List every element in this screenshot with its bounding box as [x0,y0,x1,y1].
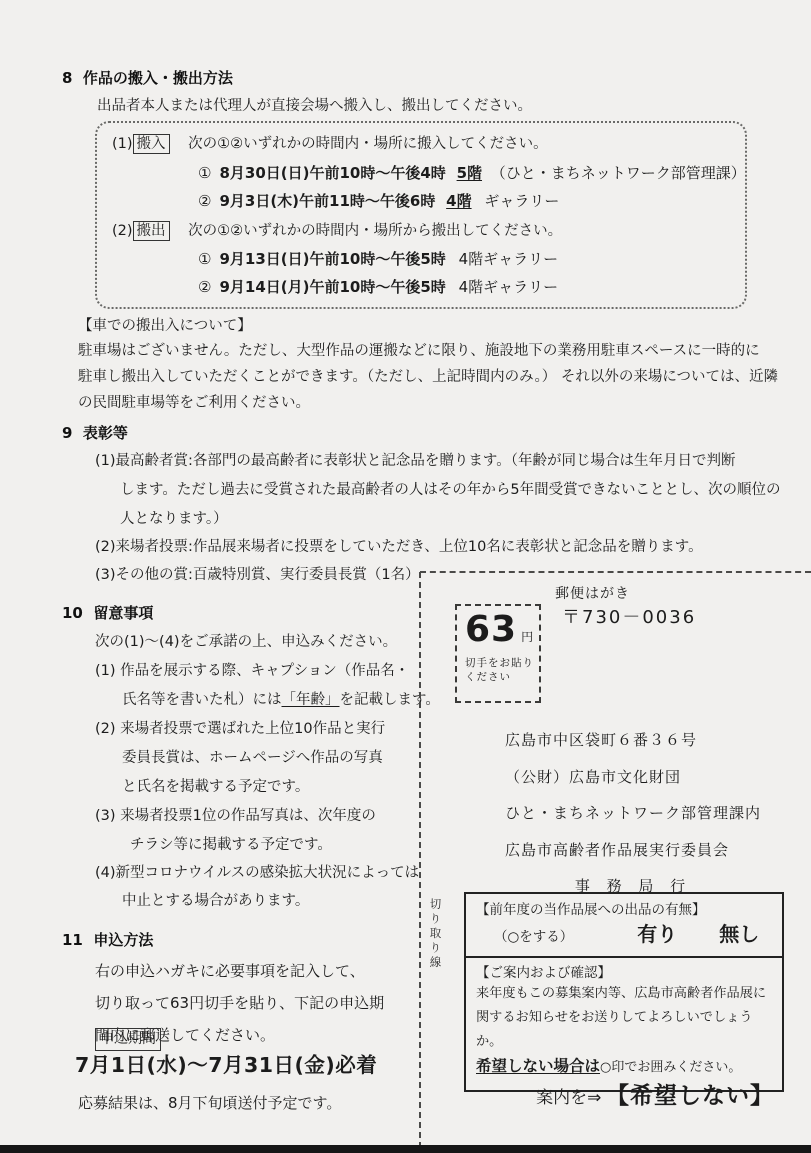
section10-line-9: 中止とする場合があります。 [122,892,309,912]
carry-in-item-2-floor: 4階 [446,192,471,210]
section8-intro: 出品者本人または代理人が直接会場へ搬入し、搬出してください。 [97,97,532,117]
carry-out-item-1-place: 4階ギャラリー [459,250,559,268]
answer-label: 案内を⇒ [536,1088,601,1108]
carry-in-item-1-place: （ひと・まちネットワーク部管理課） [491,164,746,182]
address-line-3: ひと・まちネットワーク部管理課内 [505,795,761,832]
carry-in-item-1: ①8月30日(日)午前10時～午後4時 5階 （ひと・まちネットワーク部管理課） [198,163,746,183]
option-yes: 有り [637,921,677,948]
stamp-note-line-1: 切手をお貼り [465,656,534,670]
carry-out-item-2-datetime: 9月14日(月)午前10時～午後5時 [219,278,445,296]
application-period-label: 申込期間 [95,1028,161,1051]
carry-out-item-2-place: 4階ギャラリー [459,278,559,296]
car-note-title: 【車での搬出入について】 [78,317,252,337]
section10-title: 留意事項 [93,604,153,622]
reply-form-box: 【前年度の当作品展への出品の有無】 （○をする） 有り 無し 【ご案内および確認… [464,892,784,1092]
section10-line-4: 委員長賞は、ホームページへ作品の写真 [122,749,383,769]
section11-line-1: 右の申込ハガキに必要事項を記入して、 [95,961,365,981]
address-line-4: 広島市高齢者作品展実行委員会 [505,832,761,869]
section8-number: 8 [62,69,72,87]
section11-line-2: 切り取って63円切手を貼り、下記の申込期 [95,993,384,1013]
section9-title: 表彰等 [83,424,128,442]
option-no: 無し [719,921,759,948]
section10-line-1: (1) 作品を展示する際、キャプション（作品名・ [95,662,409,682]
carry-in-number: (1) [112,136,133,152]
carry-out-label: 搬出 [133,221,170,241]
confirmation-title: 【ご案内および確認】 [476,964,774,982]
section11-title: 申込方法 [93,931,153,949]
answer-value: 【希望しない】 [606,1083,774,1109]
circled-2-icon: ② [198,192,211,210]
cut-line-horizontal [420,571,811,573]
confirmation-line-2: 関するお知らせをお送りしてよろしいでしょうか。 [476,1006,774,1054]
carry-out-item-1-datetime: 9月13日(日)午前10時～午後5時 [219,250,445,268]
previous-entry-section: 【前年度の当作品展への出品の有無】 （○をする） 有り 無し [466,894,782,958]
carry-out-number: (2) [112,223,133,239]
section9-heading: 9 表彰等 [62,423,128,443]
carry-in-item-2-datetime: 9月3日(木)午前11時～午後6時 [219,192,435,210]
section10-heading: 10 留意事項 [62,603,153,623]
carry-in-desc: 次の①②いずれかの時間内・場所に搬入してください。 [188,136,548,152]
application-period-value: 7月1日(水)～7月31日(金)必着 [75,1052,377,1080]
section9-line-1: (1)最高齢者賞:各部門の最高齢者に表彰状と記念品を贈ります。（年齢が同じ場合は… [95,452,736,472]
section9-line-5: (3)その他の賞:百歳特別賞、実行委員長賞（1名） [95,566,420,586]
carry-out-desc: 次の①②いずれかの時間内・場所から搬出してください。 [188,223,562,239]
carry-in-item-2: ②9月3日(木)午前11時～午後6時 4階 ギャラリー [198,191,559,211]
carry-out-item-1: ①9月13日(日)午前10時～午後5時 4階ギャラリー [198,249,558,269]
address-line-2: （公財）広島市文化財団 [505,759,761,796]
confirmation-line-1: 来年度もこの募集案内等、広島市高齢者作品展に [476,982,774,1006]
cut-line-label: 切り取り線 [427,898,443,971]
stamp-note-line-2: ください [465,670,534,684]
section11-number: 11 [62,931,83,949]
section11-heading: 11 申込方法 [62,930,153,950]
scanned-application-page: 8 作品の搬入・搬出方法 出品者本人または代理人が直接会場へ搬入し、搬出してくだ… [0,0,811,1153]
carry-out-item-2: ②9月14日(月)午前10時～午後5時 4階ギャラリー [198,277,558,297]
section9-line-3: 人となります。） [120,510,228,530]
carry-in-label: 搬入 [133,134,170,154]
stamp-note: 切手をお貼り ください [465,656,534,684]
section10-intro: 次の(1)～(4)をご承諾の上、申込みください。 [95,633,397,653]
age-underlined: 「年齢」 [282,692,340,708]
section10-line-2-pre: 氏名等を書いた札）には [122,692,282,708]
section9-number: 9 [62,424,72,442]
circled-2-icon: ② [198,278,211,296]
carry-in-row: (1)搬入 次の①②いずれかの時間内・場所に搬入してください。 [112,134,548,155]
cut-line-vertical [419,572,421,1148]
carry-in-item-1-datetime: 8月30日(日)午前10時～午後4時 [219,164,445,182]
no-wish-emphasis: 希望しない場合は [476,1057,600,1075]
carry-out-row: (2)搬出 次の①②いずれかの時間内・場所から搬出してください。 [112,221,562,242]
section10-line-6: (3) 来場者投票1位の作品写真は、次年度の [95,807,376,827]
address-block: 広島市中区袋町６番３６号 （公財）広島市文化財団 ひと・まちネットワーク部管理課… [505,722,761,905]
previous-entry-title: 【前年度の当作品展への出品の有無】 [476,901,774,919]
section10-line-2: 氏名等を書いた札）には「年齢」を記載します。 [122,691,440,711]
address-line-1: 広島市中区袋町６番３６号 [505,722,761,759]
carry-in-item-2-place: ギャラリー [484,192,559,210]
section10-line-3: (2) 来場者投票で選ばれた上位10作品と実行 [95,720,385,740]
postal-code: 〒730－0036 [562,606,696,630]
section9-line-4: (2)来場者投票:作品展来場者に投票をしていただき、上位10名に表彰状と記念品を… [95,538,703,558]
no-wish-rest: ○印でお囲みください。 [600,1060,741,1075]
car-note-line-2: 駐車し搬出入していただくことができます。（ただし、上記時間内のみ。） それ以外の… [78,368,778,388]
section10-line-5: と氏名を掲載する予定です。 [122,778,309,798]
stamp-price: 63 [465,609,517,650]
circled-1-icon: ① [198,250,211,268]
section8-heading: 8 作品の搬入・搬出方法 [62,68,233,88]
section9-line-2: します。ただし過去に受賞された最高齢者の人はその年から5年間受賞できないこととし… [120,481,781,501]
section10-number: 10 [62,604,83,622]
section10-line-2-post: を記載します。 [340,692,440,708]
circle-instruction: （○をする） [494,928,573,946]
confirmation-section: 【ご案内および確認】 来年度もこの募集案内等、広島市高齢者作品展に 関するお知ら… [466,958,782,1112]
carry-in-item-1-floor: 5階 [457,164,482,182]
application-period-label-wrap: 申込期間 [95,1028,161,1051]
application-result-note: 応募結果は、8月下旬頃送付予定です。 [78,1093,341,1113]
section10-line-7: チラシ等に掲載する予定です。 [130,836,332,856]
stamp-box: 63円 切手をお貼り ください [455,604,541,703]
section8-title: 作品の搬入・搬出方法 [83,69,233,87]
stamp-unit: 円 [521,630,533,644]
stamp-price-row: 63円 [465,612,533,648]
section10-line-8: (4)新型コロナウイルスの感染拡大状況によっては [95,864,419,884]
circled-1-icon: ① [198,164,211,182]
scan-edge-bar [0,1145,811,1153]
car-note-line-3: の民間駐車場等をご利用ください。 [78,394,310,414]
postcard-header: 郵便はがき [555,585,630,604]
car-note-line-1: 駐車場はございません。ただし、大型作品の運搬などに限り、施設地下の業務用駐車スペ… [78,342,760,362]
